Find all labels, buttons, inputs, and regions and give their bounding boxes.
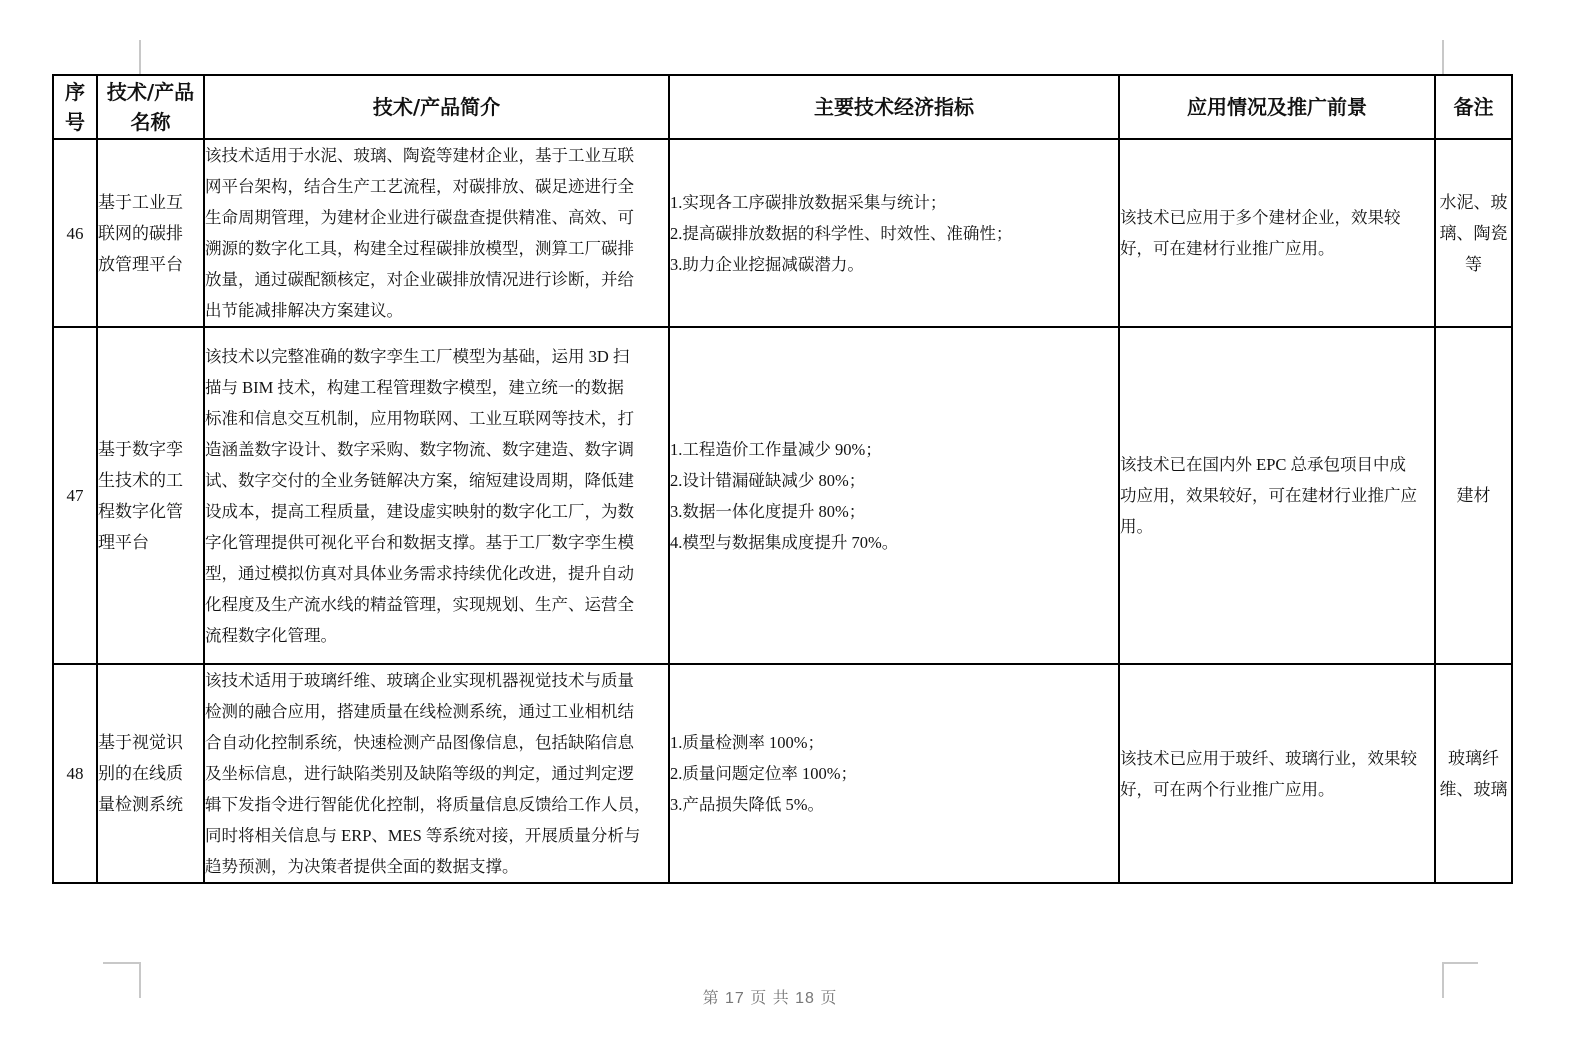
indicator-item: 2.质量问题定位率 100%； (670, 758, 1118, 789)
indicator-item: 3.数据一体化度提升 80%； (670, 496, 1118, 527)
crop-mark-bottom-left-h (103, 962, 139, 964)
desc-line: 设成本，提高工程质量，建设虚实映射的数字化工厂，为数 (205, 496, 668, 527)
indicator-item: 1.质量检测率 100%； (670, 727, 1118, 758)
name-line: 生技术的工 (98, 465, 203, 496)
cell-name: 基于工业互 联网的碳排 放管理平台 (97, 139, 204, 327)
cell-seq: 48 (53, 664, 97, 883)
crop-mark-top-right (1442, 40, 1444, 74)
desc-line: 型，通过模拟仿真对具体业务需求持续优化改进，提升自动 (205, 558, 668, 589)
desc-line: 检测的融合应用，搭建质量在线检测系统，通过工业相机结 (205, 696, 668, 727)
crop-mark-bottom-right-h (1442, 962, 1478, 964)
indicator-item: 4.模型与数据集成度提升 70%。 (670, 527, 1118, 558)
desc-line: 标准和信息交互机制，应用物联网、工业互联网等技术，打 (205, 403, 668, 434)
header-indicators: 主要技术经济指标 (669, 75, 1119, 139)
app-line: 好，可在两个行业推广应用。 (1120, 774, 1434, 805)
desc-line: 同时将相关信息与 ERP、MES 等系统对接，开展质量分析与 (205, 820, 668, 851)
page-number: 第 17 页 共 18 页 (0, 985, 1540, 1008)
name-line: 量检测系统 (98, 789, 203, 820)
desc-line: 该技术以完整准确的数字孪生工厂模型为基础，运用 3D 扫 (205, 341, 668, 372)
table-row: 48 基于视觉识 别的在线质 量检测系统 该技术适用于玻璃纤维、玻璃企业实现机器… (53, 664, 1512, 883)
desc-line: 该技术适用于玻璃纤维、玻璃企业实现机器视觉技术与质量 (205, 665, 668, 696)
header-seq-line: 号 (54, 107, 96, 137)
crop-mark-top-left (139, 40, 141, 74)
note-line: 璃、陶瓷 (1436, 218, 1511, 249)
note-line: 维、玻璃 (1436, 774, 1511, 805)
desc-line: 趋势预测，为决策者提供全面的数据支撑。 (205, 851, 668, 882)
cell-application: 该技术已应用于多个建材企业，效果较 好，可在建材行业推广应用。 (1119, 139, 1435, 327)
app-line: 好，可在建材行业推广应用。 (1120, 233, 1434, 264)
cell-description: 该技术适用于水泥、玻璃、陶瓷等建材企业，基于工业互联 网平台架构，结合生产工艺流… (204, 139, 669, 327)
desc-line: 合自动化控制系统，快速检测产品图像信息，包括缺陷信息 (205, 727, 668, 758)
cell-indicators: 1.工程造价工作量减少 90%； 2.设计错漏碰缺减少 80%； 3.数据一体化… (669, 327, 1119, 664)
app-line: 该技术已应用于玻纤、玻璃行业，效果较 (1120, 743, 1434, 774)
note-line: 玻璃纤 (1436, 743, 1511, 774)
desc-line: 放量，通过碳配额核定，对企业碳排放情况进行诊断，并给 (205, 264, 668, 295)
cell-indicators: 1.实现各工序碳排放数据采集与统计； 2.提高碳排放数据的科学性、时效性、准确性… (669, 139, 1119, 327)
name-line: 理平台 (98, 527, 203, 558)
desc-line: 试、数字交付的全业务链解决方案，缩短建设周期，降低建 (205, 465, 668, 496)
desc-line: 溯源的数字化工具，构建全过程碳排放模型，测算工厂碳排 (205, 233, 668, 264)
cell-indicators: 1.质量检测率 100%； 2.质量问题定位率 100%； 3.产品损失降低 5… (669, 664, 1119, 883)
app-line: 用。 (1120, 511, 1434, 542)
desc-line: 字化管理提供可视化平台和数据支撑。基于工厂数字孪生模 (205, 527, 668, 558)
desc-line: 辑下发指令进行智能优化控制，将质量信息反馈给工作人员， (205, 789, 668, 820)
header-seq: 序 号 (53, 75, 97, 139)
app-line: 功应用，效果较好，可在建材行业推广应 (1120, 480, 1434, 511)
cell-seq: 46 (53, 139, 97, 327)
cell-application: 该技术已应用于玻纤、玻璃行业，效果较 好，可在两个行业推广应用。 (1119, 664, 1435, 883)
header-application: 应用情况及推广前景 (1119, 75, 1435, 139)
app-line: 该技术已在国内外 EPC 总承包项目中成 (1120, 449, 1434, 480)
indicator-item: 3.助力企业挖掘减碳潜力。 (670, 249, 1118, 280)
cell-notes: 建材 (1435, 327, 1512, 664)
name-line: 别的在线质 (98, 758, 203, 789)
note-line: 水泥、玻 (1436, 187, 1511, 218)
desc-line: 流程数字化管理。 (205, 620, 668, 651)
note-line: 等 (1436, 249, 1511, 280)
technology-table: 序 号 技术/产品 名称 技术/产品简介 主要技术经济指标 应用情况及推广前景 … (52, 74, 1513, 884)
cell-name: 基于数字孪 生技术的工 程数字化管 理平台 (97, 327, 204, 664)
cell-application: 该技术已在国内外 EPC 总承包项目中成 功应用，效果较好，可在建材行业推广应 … (1119, 327, 1435, 664)
indicator-item: 2.提高碳排放数据的科学性、时效性、准确性； (670, 218, 1118, 249)
desc-line: 生命周期管理，为建材企业进行碳盘查提供精准、高效、可 (205, 202, 668, 233)
name-line: 程数字化管 (98, 496, 203, 527)
desc-line: 及坐标信息，进行缺陷类别及缺陷等级的判定，通过判定逻 (205, 758, 668, 789)
cell-seq: 47 (53, 327, 97, 664)
header-name: 技术/产品 名称 (97, 75, 204, 139)
name-line: 联网的碳排 (98, 218, 203, 249)
indicator-item: 3.产品损失降低 5%。 (670, 789, 1118, 820)
desc-line: 造涵盖数字设计、数字采购、数字物流、数字建造、数字调 (205, 434, 668, 465)
desc-line: 网平台架构，结合生产工艺流程，对碳排放、碳足迹进行全 (205, 171, 668, 202)
header-name-line: 名称 (98, 107, 203, 137)
desc-line: 该技术适用于水泥、玻璃、陶瓷等建材企业，基于工业互联 (205, 140, 668, 171)
cell-notes: 水泥、玻 璃、陶瓷 等 (1435, 139, 1512, 327)
name-line: 基于视觉识 (98, 727, 203, 758)
table-row: 46 基于工业互 联网的碳排 放管理平台 该技术适用于水泥、玻璃、陶瓷等建材企业… (53, 139, 1512, 327)
cell-name: 基于视觉识 别的在线质 量检测系统 (97, 664, 204, 883)
indicator-item: 2.设计错漏碰缺减少 80%； (670, 465, 1118, 496)
header-seq-line: 序 (54, 77, 96, 107)
cell-description: 该技术适用于玻璃纤维、玻璃企业实现机器视觉技术与质量 检测的融合应用，搭建质量在… (204, 664, 669, 883)
header-description: 技术/产品简介 (204, 75, 669, 139)
header-notes: 备注 (1435, 75, 1512, 139)
name-line: 基于数字孪 (98, 434, 203, 465)
desc-line: 出节能减排解决方案建议。 (205, 295, 668, 326)
header-name-line: 技术/产品 (98, 77, 203, 107)
table-header-row: 序 号 技术/产品 名称 技术/产品简介 主要技术经济指标 应用情况及推广前景 … (53, 75, 1512, 139)
name-line: 基于工业互 (98, 187, 203, 218)
cell-notes: 玻璃纤 维、玻璃 (1435, 664, 1512, 883)
indicator-item: 1.实现各工序碳排放数据采集与统计； (670, 187, 1118, 218)
note-line: 建材 (1436, 480, 1511, 511)
table-row: 47 基于数字孪 生技术的工 程数字化管 理平台 该技术以完整准确的数字孪生工厂… (53, 327, 1512, 664)
cell-description: 该技术以完整准确的数字孪生工厂模型为基础，运用 3D 扫 描与 BIM 技术，构… (204, 327, 669, 664)
indicator-item: 1.工程造价工作量减少 90%； (670, 434, 1118, 465)
desc-line: 描与 BIM 技术，构建工程管理数字模型，建立统一的数据 (205, 372, 668, 403)
name-line: 放管理平台 (98, 249, 203, 280)
app-line: 该技术已应用于多个建材企业，效果较 (1120, 202, 1434, 233)
desc-line: 化程度及生产流水线的精益管理，实现规划、生产、运营全 (205, 589, 668, 620)
